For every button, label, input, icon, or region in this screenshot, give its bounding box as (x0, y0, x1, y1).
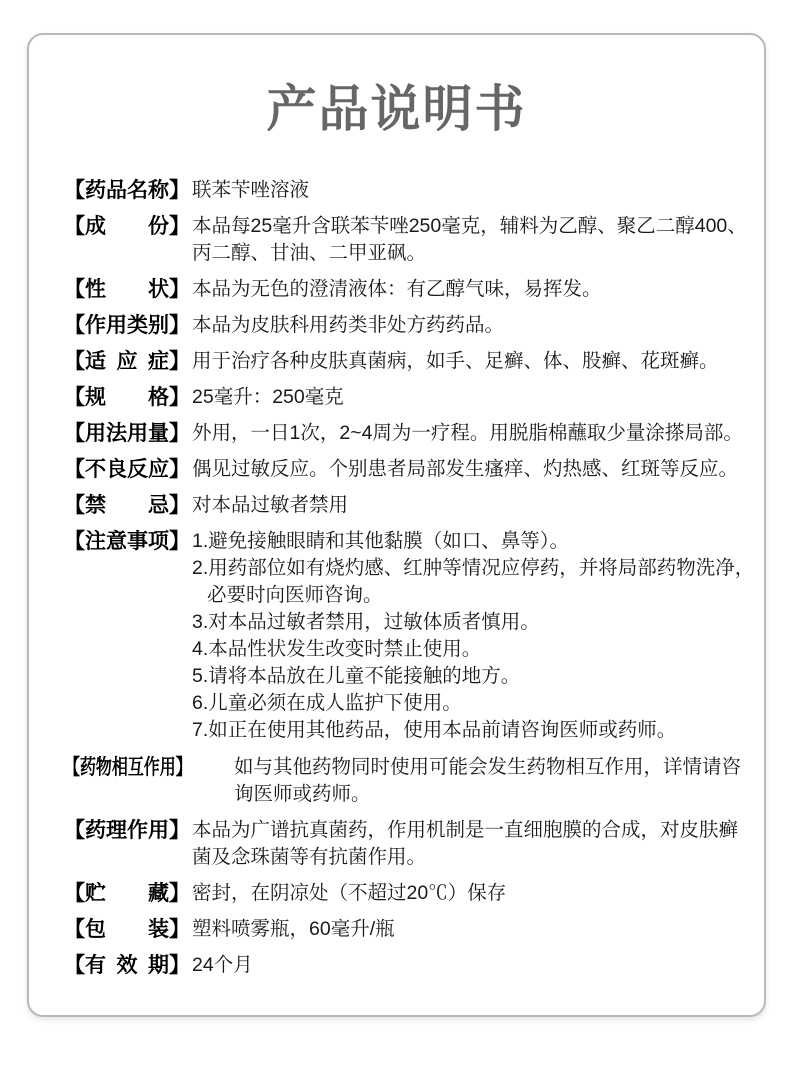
section-label: 【成 份】 (64, 213, 192, 240)
section-label: 【包 装】 (64, 916, 192, 943)
section-validity: 【有 效 期】 24个月 (64, 952, 756, 979)
section-dosage: 【用法用量】 外用，一日1次，2~4周为一疗程。用脱脂棉蘸取少量涂搽局部。 (64, 420, 756, 447)
section-content: 如与其他药物同时使用可能会发生药物相互作用，详情请咨询医师或药师。 (234, 754, 756, 808)
section-label: 【性 状】 (64, 276, 192, 303)
sections-list: 【药品名称】 联苯苄唑溶液 【成 份】 本品每25毫升含联苯苄唑250毫克，辅料… (29, 177, 764, 979)
section-content: 外用，一日1次，2~4周为一疗程。用脱脂棉蘸取少量涂搽局部。 (192, 420, 756, 447)
section-content: 本品为皮肤科用药类非处方药药品。 (192, 312, 756, 339)
section-action-category: 【作用类别】 本品为皮肤科用药类非处方药药品。 (64, 312, 756, 339)
section-pharmacology: 【药理作用】 本品为广谱抗真菌药，作用机制是一直细胞膜的合成，对皮肤癣菌及念珠菌… (64, 817, 756, 871)
section-specification: 【规 格】 25毫升：250毫克 (64, 384, 756, 411)
section-content: 用于治疗各种皮肤真菌病，如手、足癣、体、股癣、花斑癣。 (192, 348, 756, 375)
section-content: 本品为无色的澄清液体：有乙醇气味，易挥发。 (192, 276, 756, 303)
section-label: 【有 效 期】 (64, 952, 192, 979)
section-drug-interactions: 【药物相互作用】 如与其他药物同时使用可能会发生药物相互作用，详情请咨询医师或药… (64, 754, 756, 808)
section-label: 【禁 忌】 (64, 492, 192, 519)
precaution-item: 6.儿童必须在成人监护下使用。 (192, 690, 756, 717)
section-content: 密封，在阴凉处（不超过20℃）保存 (192, 880, 756, 907)
section-label: 【用法用量】 (64, 420, 192, 447)
section-content: 对本品过敏者禁用 (192, 492, 756, 519)
section-ingredients: 【成 份】 本品每25毫升含联苯苄唑250毫克，辅料为乙醇、聚乙二醇400、丙二… (64, 213, 756, 267)
section-content: 本品为广谱抗真菌药，作用机制是一直细胞膜的合成，对皮肤癣菌及念珠菌等有抗菌作用。 (192, 817, 756, 871)
section-label: 【药理作用】 (64, 817, 192, 844)
section-label: 【规 格】 (64, 384, 192, 411)
section-label: 【不良反应】 (64, 456, 192, 483)
precaution-item: 4.本品性状发生改变时禁止使用。 (192, 636, 756, 663)
section-label: 【作用类别】 (64, 312, 192, 339)
precaution-item: 5.请将本品放在儿童不能接触的地方。 (192, 663, 756, 690)
section-label: 【适 应 症】 (64, 348, 192, 375)
section-precautions: 【注意事项】 1.避免接触眼睛和其他黏膜（如口、鼻等）。 2.用药部位如有烧灼感… (64, 528, 756, 744)
section-label: 【药物相互作用】 (64, 754, 234, 781)
section-content: 本品每25毫升含联苯苄唑250毫克，辅料为乙醇、聚乙二醇400、丙二醇、甘油、二… (192, 213, 756, 267)
section-contraindications: 【禁 忌】 对本品过敏者禁用 (64, 492, 756, 519)
section-indications: 【适 应 症】 用于治疗各种皮肤真菌病，如手、足癣、体、股癣、花斑癣。 (64, 348, 756, 375)
section-drug-name: 【药品名称】 联苯苄唑溶液 (64, 177, 756, 204)
page-title: 产品说明书 (29, 83, 764, 135)
section-storage: 【贮 藏】 密封，在阴凉处（不超过20℃）保存 (64, 880, 756, 907)
section-label-text: 【药物相互作用】 (64, 754, 193, 781)
precaution-item: 2.用药部位如有烧灼感、红肿等情况应停药，并将局部药物洗净，必要时向医师咨询。 (192, 555, 756, 609)
section-content: 1.避免接触眼睛和其他黏膜（如口、鼻等）。 2.用药部位如有烧灼感、红肿等情况应… (192, 528, 756, 744)
section-content: 联苯苄唑溶液 (192, 177, 756, 204)
section-packaging: 【包 装】 塑料喷雾瓶，60毫升/瓶 (64, 916, 756, 943)
section-label: 【药品名称】 (64, 177, 192, 204)
section-adverse-reactions: 【不良反应】 偶见过敏反应。个别患者局部发生瘙痒、灼热感、红斑等反应。 (64, 456, 756, 483)
precaution-item: 7.如正在使用其他药品，使用本品前请咨询医师或药师。 (192, 717, 756, 744)
section-content: 偶见过敏反应。个别患者局部发生瘙痒、灼热感、红斑等反应。 (192, 456, 756, 483)
section-label: 【注意事项】 (64, 528, 192, 555)
product-leaflet-card: 产品说明书 【药品名称】 联苯苄唑溶液 【成 份】 本品每25毫升含联苯苄唑25… (27, 33, 766, 1017)
section-properties: 【性 状】 本品为无色的澄清液体：有乙醇气味，易挥发。 (64, 276, 756, 303)
section-content: 24个月 (192, 952, 756, 979)
section-content: 塑料喷雾瓶，60毫升/瓶 (192, 916, 756, 943)
precaution-item: 3.对本品过敏者禁用，过敏体质者慎用。 (192, 609, 756, 636)
section-label: 【贮 藏】 (64, 880, 192, 907)
precaution-item: 1.避免接触眼睛和其他黏膜（如口、鼻等）。 (192, 528, 756, 555)
section-content: 25毫升：250毫克 (192, 384, 756, 411)
